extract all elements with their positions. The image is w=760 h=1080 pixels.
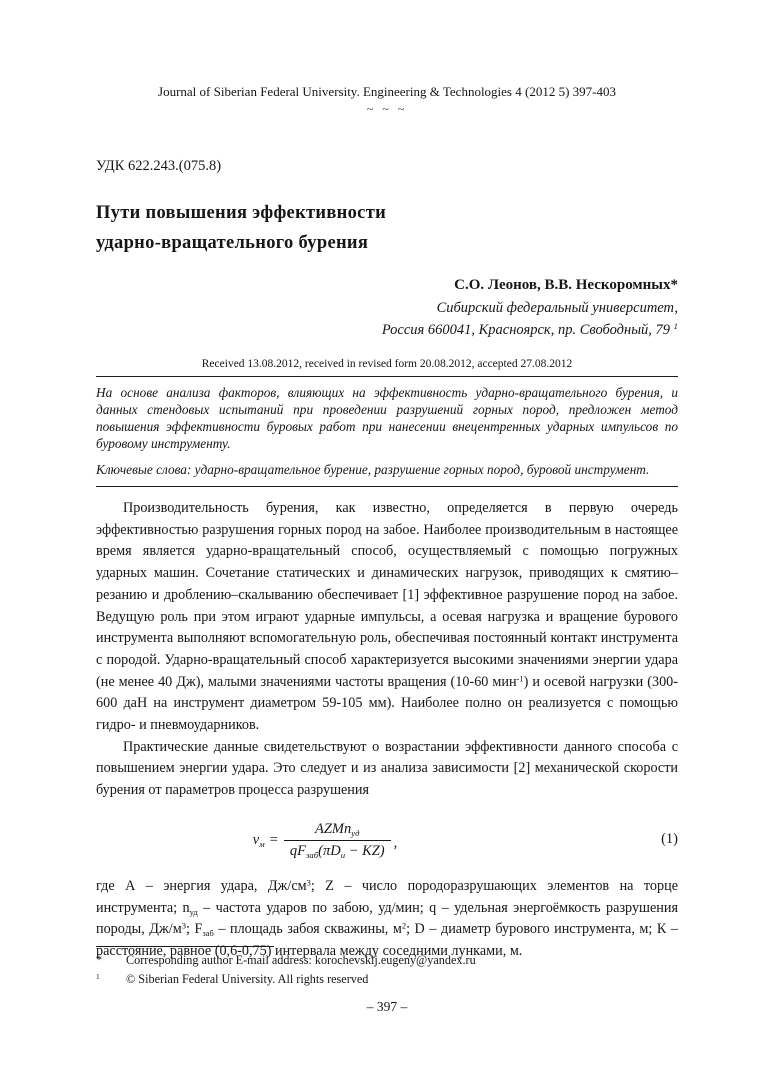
paper-page: Journal of Siberian Federal University. … bbox=[0, 0, 760, 1080]
footnote-marker-one: 1 bbox=[96, 970, 126, 989]
equation-number: (1) bbox=[661, 831, 678, 848]
equation-trailing-comma: , bbox=[394, 835, 398, 860]
tilde-separator: ~ ~ ~ bbox=[96, 102, 678, 117]
affiliation-line2: Россия 660041, Красноярск, пр. Свободный… bbox=[96, 319, 678, 341]
page-content: Journal of Siberian Federal University. … bbox=[96, 0, 678, 963]
equation-1: vм = AZMnуд qFзаб(πDи − KZ) , (1) bbox=[96, 815, 678, 867]
author-names: С.О. Леонов, В.В. Нескоромных* bbox=[96, 273, 678, 297]
keywords-text: Ключевые слова: ударно-вращательное буре… bbox=[96, 461, 678, 478]
equation-equals-sign: = bbox=[270, 832, 278, 849]
equation-lhs: vм bbox=[253, 832, 265, 849]
abstract-bottom-rule bbox=[96, 486, 678, 487]
abstract-text: На основе анализа факторов, влияющих на … bbox=[96, 384, 678, 452]
udc-code: УДК 622.243.(075.8) bbox=[96, 158, 678, 175]
footnote-text-email: Corresponding author E-mail address: kor… bbox=[126, 951, 476, 970]
footnote-text-copyright: © Siberian Federal University. All right… bbox=[126, 970, 368, 989]
equation-1-expression: vм = AZMnуд qFзаб(πDи − KZ) , bbox=[253, 821, 398, 860]
paper-title-line1: Пути повышения эффективности bbox=[96, 198, 678, 228]
received-dates: Received 13.08.2012, received in revised… bbox=[96, 358, 678, 370]
journal-header: Journal of Siberian Federal University. … bbox=[96, 84, 678, 99]
authors-block: С.О. Леонов, В.В. Нескоромных* Сибирский… bbox=[96, 273, 678, 341]
footnote-corresponding-author: * Corresponding author E-mail address: k… bbox=[96, 951, 678, 970]
footnote-rule bbox=[96, 946, 274, 947]
paper-title-line2: ударно-вращательного бурения bbox=[96, 228, 678, 258]
body-paragraph-1: Производительность бурения, как известно… bbox=[96, 498, 678, 737]
page-footer: * Corresponding author E-mail address: k… bbox=[96, 946, 678, 1015]
affiliation-line1: Сибирский федеральный университет, bbox=[96, 297, 678, 319]
page-number: – 397 – bbox=[96, 999, 678, 1015]
abstract-top-rule bbox=[96, 376, 678, 377]
equation-denominator: qFзаб(πDи − KZ) bbox=[284, 840, 391, 860]
equation-numerator: AZMnуд bbox=[309, 821, 365, 840]
footnote-copyright: 1 © Siberian Federal University. All rig… bbox=[96, 970, 678, 989]
body-paragraph-2: Практические данные свидетельствуют о во… bbox=[96, 737, 678, 802]
equation-fraction: AZMnуд qFзаб(πDи − KZ) bbox=[284, 821, 391, 860]
footnote-marker-asterisk: * bbox=[96, 951, 126, 970]
paper-title: Пути повышения эффективности ударно-вращ… bbox=[96, 198, 678, 258]
